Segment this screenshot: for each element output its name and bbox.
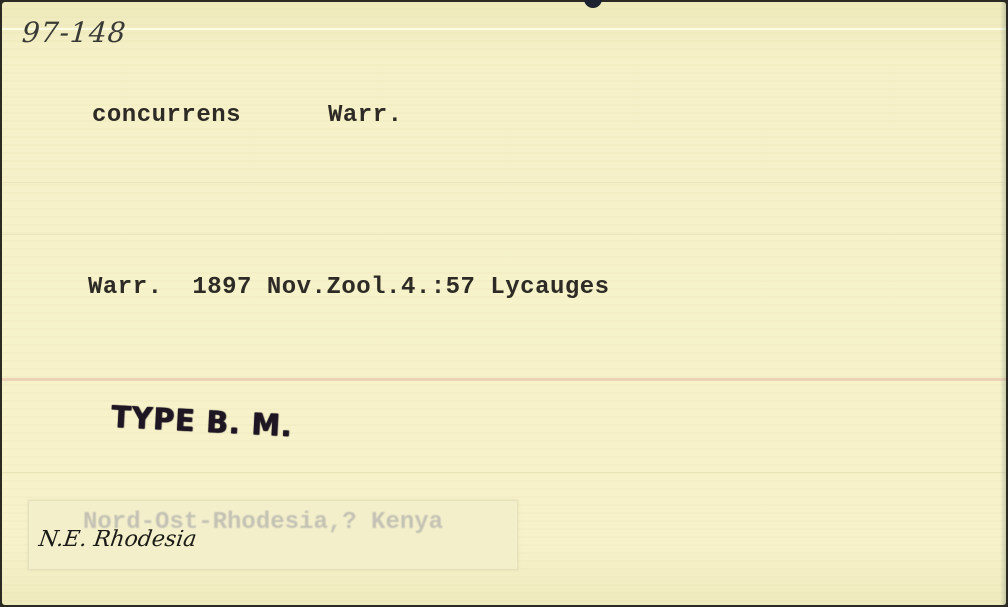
ruled-line bbox=[2, 234, 1006, 235]
card-edge bbox=[1000, 2, 1006, 605]
index-card: 97-148 concurrens Warr. Warr. 1897 Nov.Z… bbox=[2, 2, 1006, 605]
catalog-number: 97-148 bbox=[21, 16, 128, 49]
ruled-line bbox=[2, 182, 1006, 183]
bibliographic-reference: Warr. 1897 Nov.Zool.4.:57 Lycauges bbox=[88, 274, 610, 301]
ruled-line-top bbox=[2, 28, 1006, 30]
type-stamp: TYPE B. M. bbox=[110, 400, 293, 444]
ruled-line bbox=[2, 472, 1006, 473]
species-author: Warr. bbox=[328, 102, 403, 129]
species-name: concurrens bbox=[92, 102, 241, 129]
punch-hole bbox=[584, 0, 602, 8]
locality-label-slip: Nord-Ost-Rhodesia,? Kenya N.E. Rhodesia bbox=[28, 500, 518, 570]
handwritten-locality: N.E. Rhodesia bbox=[37, 527, 198, 552]
ruled-line-red bbox=[2, 378, 1006, 381]
